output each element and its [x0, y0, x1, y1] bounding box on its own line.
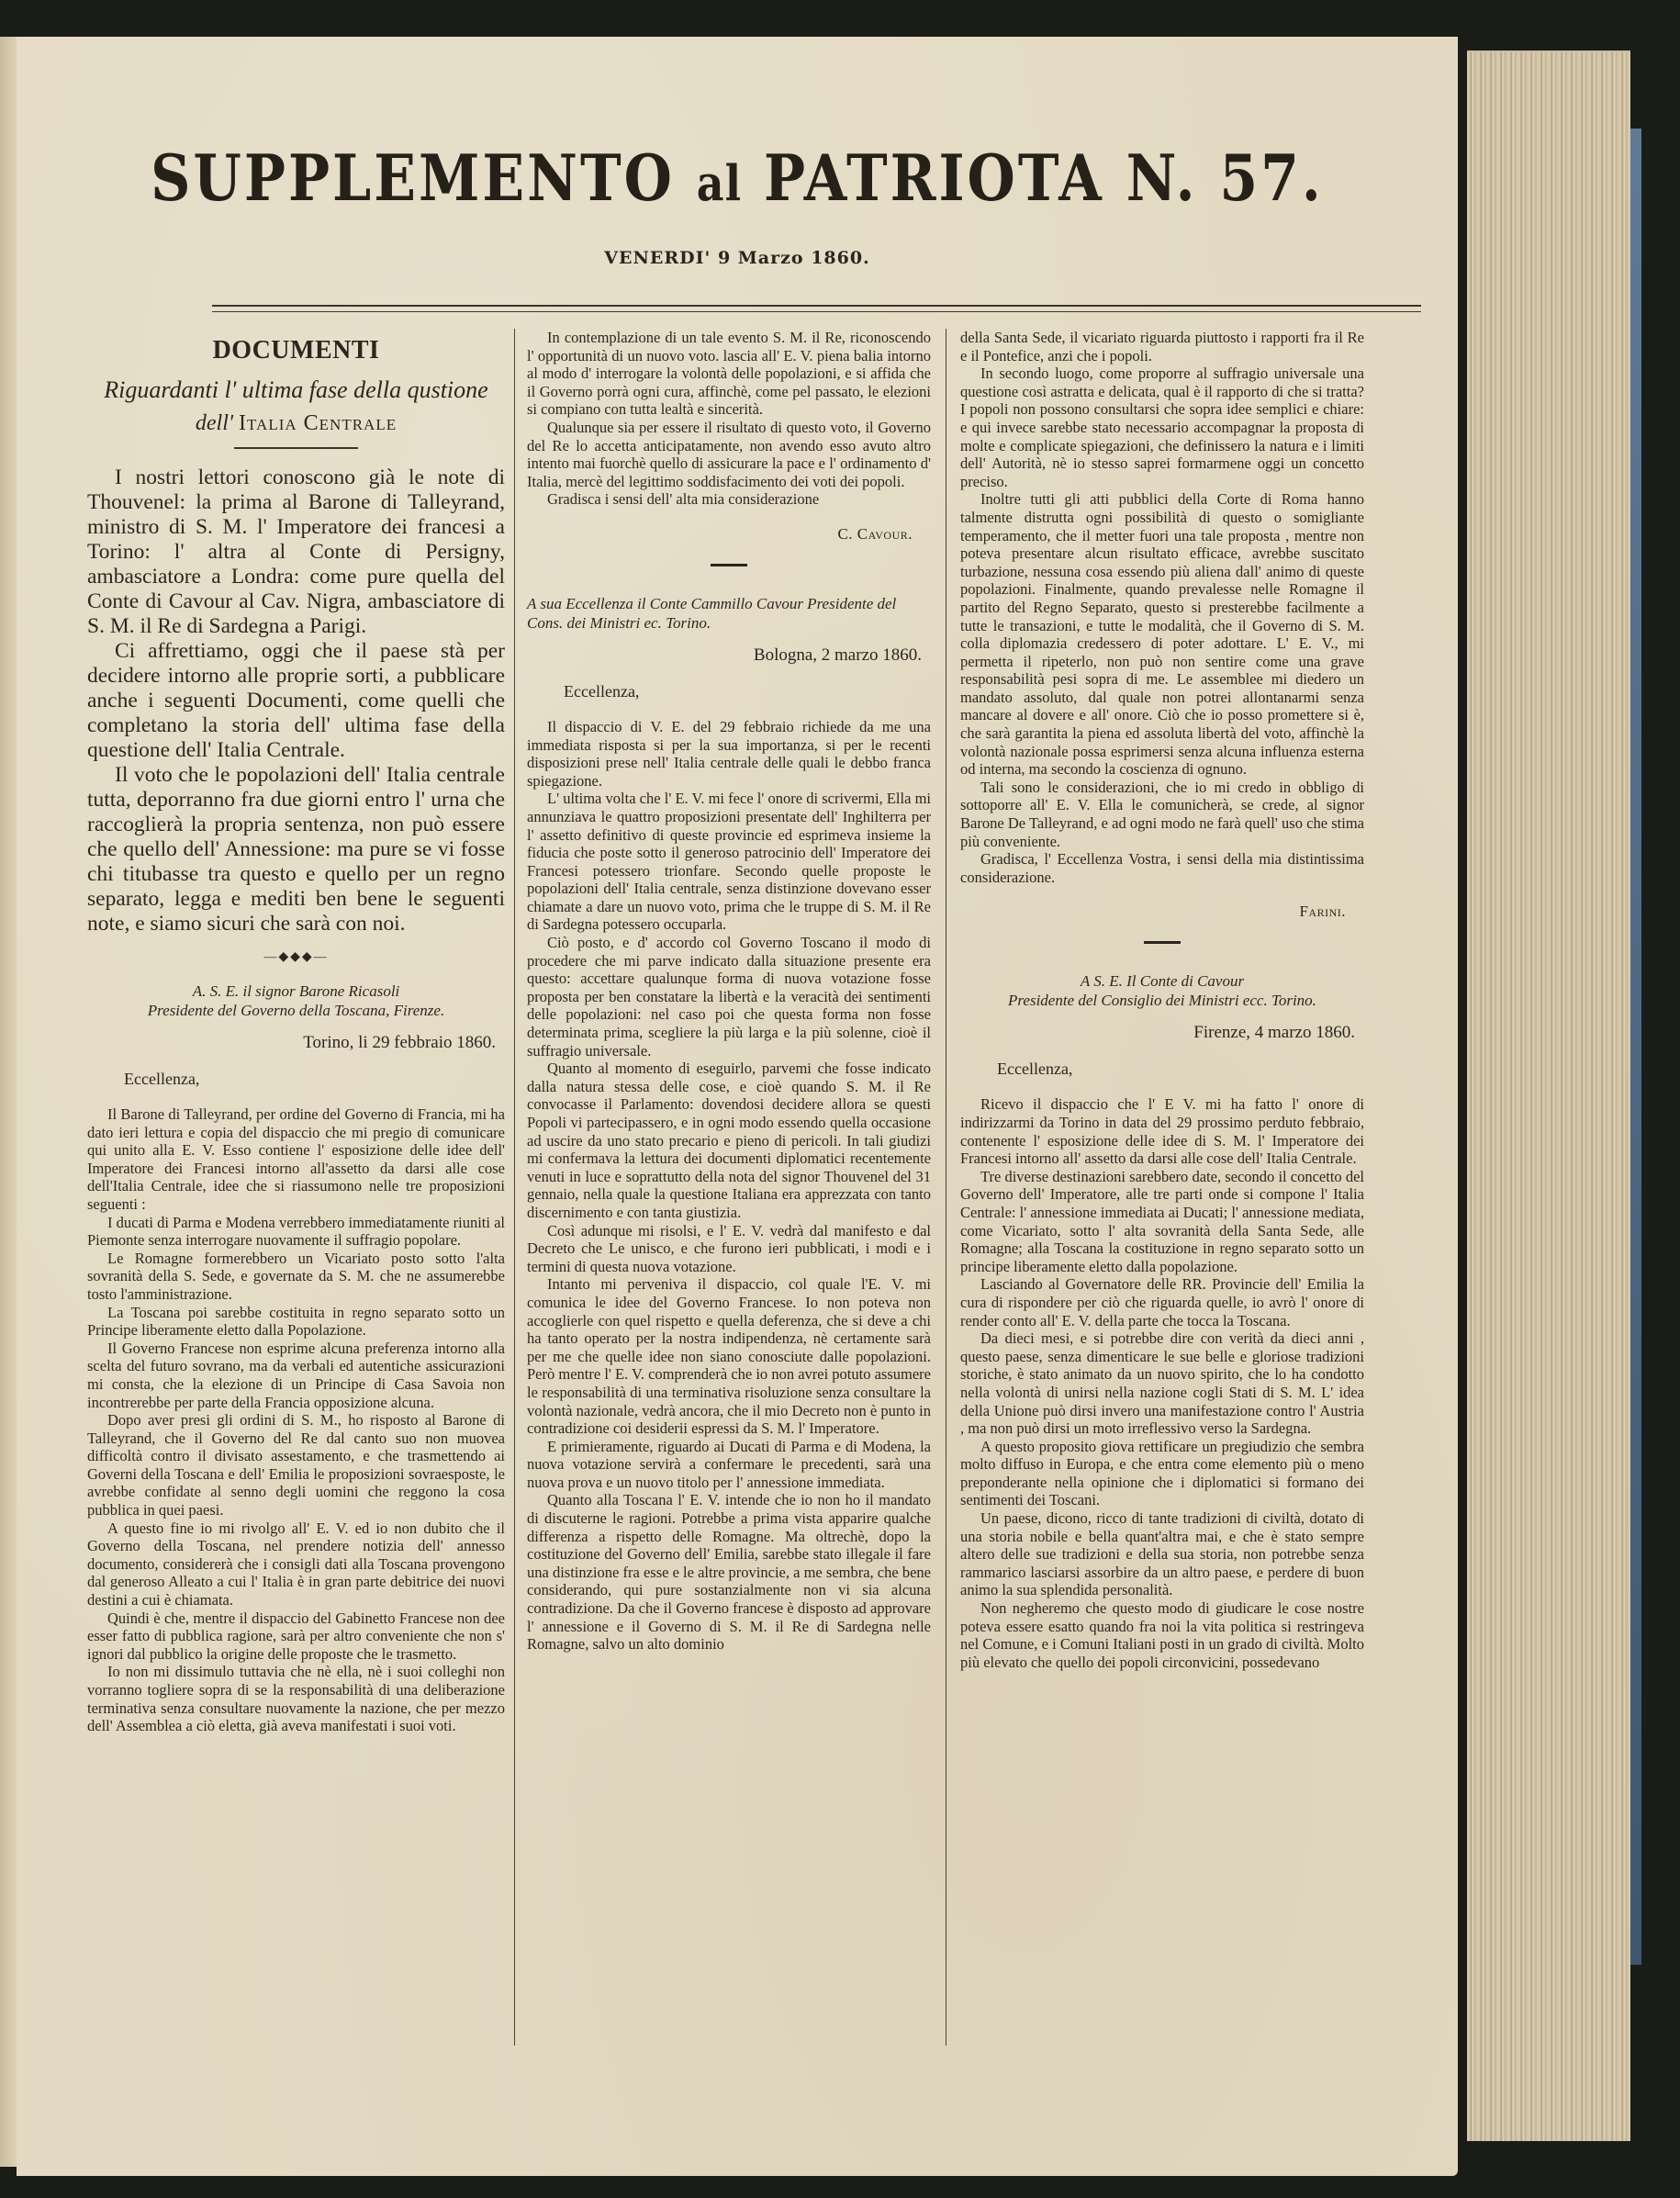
- addressee-line: Presidente del Consiglio dei Ministri ec…: [1008, 992, 1316, 1009]
- letter-signature: C. Cavour.: [527, 525, 913, 544]
- paragraph: Il voto che le popolazioni dell' Italia …: [87, 763, 505, 936]
- paragraph: La Toscana poi sarebbe costituita in reg…: [87, 1304, 505, 1340]
- newspaper-page: SUPPLEMENTO al PATRIOTA N. 57. VENERDI' …: [17, 37, 1458, 2176]
- ornament-divider: —◆◆◆—: [87, 949, 505, 965]
- masthead-word-supplemento: SUPPLEMENTO: [151, 142, 675, 217]
- paragraph: L' ultima volta che l' E. V. mi fece l' …: [527, 790, 931, 934]
- letter-body-continued: della Santa Sede, il vicariato riguarda …: [960, 329, 1364, 886]
- section-subtitle-line2: dell' Italia Centrale: [87, 411, 505, 436]
- letter-signature: Farini.: [960, 903, 1346, 921]
- letter-place-date: Firenze, 4 marzo 1860.: [960, 1023, 1355, 1043]
- letter-addressee: A S. E. Il Conte di Cavour Presidente de…: [960, 971, 1364, 1010]
- intro-body: I nostri lettori conoscono già le note d…: [87, 465, 505, 936]
- letter-place-date: Torino, li 29 febbraio 1860.: [87, 1033, 496, 1053]
- paragraph: Gradisca, l' Eccellenza Vostra, i sensi …: [960, 850, 1364, 886]
- letter-body: Il Barone di Talleyrand, per ordine del …: [87, 1105, 505, 1735]
- addressee-line: Presidente del Governo della Toscana, Fi…: [148, 1002, 444, 1019]
- paragraph: Il dispaccio di V. E. del 29 febbraio ri…: [527, 718, 931, 790]
- paragraph: Dopo aver presi gli ordini di S. M., ho …: [87, 1411, 505, 1520]
- column-1: DOCUMENTI Riguardanti l' ultima fase del…: [87, 329, 505, 1735]
- issue-number: N. 57.: [1126, 142, 1324, 217]
- book-cover-edge: [1630, 129, 1641, 1965]
- paragraph: A questo fine io mi rivolgo all' E. V. e…: [87, 1520, 505, 1609]
- paragraph: Ciò posto, e d' accordo col Governo Tosc…: [527, 934, 931, 1060]
- masthead-double-rule: [212, 305, 1421, 312]
- letter-body: Il dispaccio di V. E. del 29 febbraio ri…: [527, 718, 931, 1654]
- paragraph: Gradisca i sensi dell' alta mia consider…: [527, 490, 931, 509]
- paragraph: Quindi è che, mentre il dispaccio del Ga…: [87, 1609, 505, 1664]
- section-heading: DOCUMENTI: [87, 336, 505, 365]
- paragraph: Tali sono le considerazioni, che io mi c…: [960, 779, 1364, 850]
- issue-date: VENERDI' 9 Marzo 1860.: [17, 248, 1458, 268]
- column-divider: [946, 329, 946, 2046]
- subtitle-prefix: dell': [196, 411, 233, 435]
- masthead-word-al: al: [697, 155, 742, 212]
- masthead-word-patriota: PATRIOTA: [764, 142, 1104, 217]
- paragraph: Quanto al momento di eseguirlo, parvemi …: [527, 1060, 931, 1221]
- facing-page-edge: [0, 37, 17, 2167]
- paragraph: Il Governo Francese non esprime alcuna p…: [87, 1340, 505, 1411]
- paragraph: A questo proposito giova rettificare un …: [960, 1438, 1364, 1509]
- separator-rule: [711, 564, 747, 566]
- column-2: In contemplazione di un tale evento S. M…: [527, 329, 931, 1654]
- letter-salutation: Eccellenza,: [997, 1060, 1364, 1079]
- paragraph: Lasciando al Governatore delle RR. Provi…: [960, 1275, 1364, 1329]
- paragraph: In secondo luogo, come proporre al suffr…: [960, 364, 1364, 490]
- paragraph: In contemplazione di un tale evento S. M…: [527, 329, 931, 419]
- paragraph: Così adunque mi risolsi, e l' E. V. vedr…: [527, 1222, 931, 1276]
- paragraph: E primieramente, riguardo ai Ducati di P…: [527, 1438, 931, 1492]
- letter-addressee: A. S. E. il signor Barone Ricasoli Presi…: [87, 981, 505, 1020]
- letter-place-date: Bologna, 2 marzo 1860.: [527, 645, 922, 666]
- paragraph: Le Romagne formerebbero un Vicariato pos…: [87, 1250, 505, 1304]
- short-rule: [234, 447, 358, 449]
- letter-salutation: Eccellenza,: [564, 682, 931, 701]
- paragraph: Un paese, dicono, ricco di tante tradizi…: [960, 1509, 1364, 1599]
- letter-body-continued: In contemplazione di un tale evento S. M…: [527, 329, 931, 509]
- column-divider: [514, 329, 515, 2046]
- subtitle-caps: Italia Centrale: [239, 411, 397, 435]
- paragraph: Inoltre tutti gli atti pubblici della Co…: [960, 490, 1364, 779]
- addressee-line: A S. E. Il Conte di Cavour: [1081, 972, 1244, 990]
- paragraph: Io non mi dissimulo tuttavia che nè ella…: [87, 1663, 505, 1734]
- paragraph: Non negheremo che questo modo di giudica…: [960, 1599, 1364, 1671]
- paragraph: Il Barone di Talleyrand, per ordine del …: [87, 1105, 505, 1214]
- paragraph: Tre diverse destinazioni sarebbero date,…: [960, 1168, 1364, 1276]
- page-stack-edges: [1467, 50, 1630, 2141]
- section-subtitle: Riguardanti l' ultima fase della qustion…: [87, 375, 505, 406]
- paragraph: Ricevo il dispaccio che l' E V. mi ha fa…: [960, 1095, 1364, 1167]
- separator-rule: [1144, 941, 1181, 944]
- masthead-title: SUPPLEMENTO al PATRIOTA N. 57.: [17, 142, 1458, 217]
- paragraph: Qualunque sia per essere il risultato di…: [527, 419, 931, 490]
- letter-body: Ricevo il dispaccio che l' E V. mi ha fa…: [960, 1095, 1364, 1671]
- column-3: della Santa Sede, il vicariato riguarda …: [960, 329, 1364, 1671]
- letter-salutation: Eccellenza,: [124, 1070, 505, 1089]
- paragraph: I ducati di Parma e Modena verrebbero im…: [87, 1214, 505, 1250]
- paragraph: Ci affrettiamo, oggi che il paese stà pe…: [87, 639, 505, 763]
- paragraph: della Santa Sede, il vicariato riguarda …: [960, 329, 1364, 364]
- paragraph: I nostri lettori conoscono già le note d…: [87, 465, 505, 639]
- letter-addressee: A sua Eccellenza il Conte Cammillo Cavou…: [527, 594, 931, 633]
- paragraph: Intanto mi perveniva il dispaccio, col q…: [527, 1275, 931, 1437]
- paragraph: Quanto alla Toscana l' E. V. intende che…: [527, 1491, 931, 1653]
- addressee-line: A. S. E. il signor Barone Ricasoli: [193, 982, 400, 1000]
- paragraph: Da dieci mesi, e si potrebbe dire con ve…: [960, 1329, 1364, 1438]
